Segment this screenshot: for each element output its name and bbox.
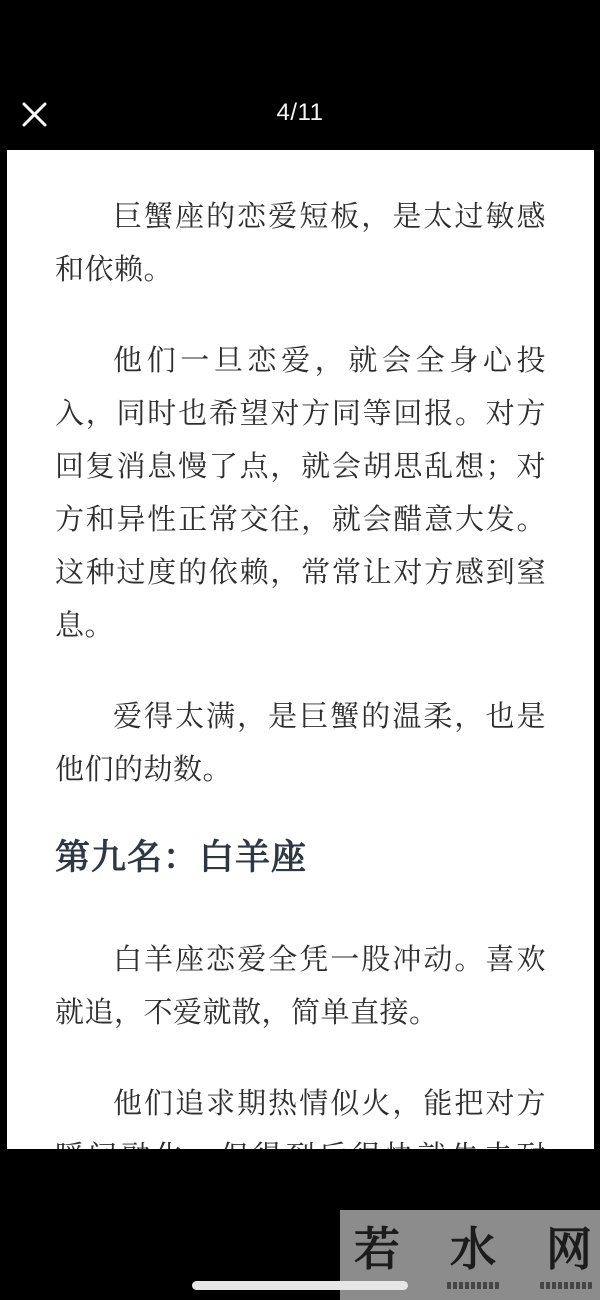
watermark-char: 若 [354, 1224, 400, 1274]
page-indicator: 4/11 [0, 99, 600, 127]
watermark-char: 网 [546, 1224, 592, 1274]
home-indicator-handle[interactable] [192, 1281, 408, 1290]
paragraph: 爱得太满，是巨蟹的温柔，也是他们的劫数。 [55, 691, 546, 797]
paragraph: 他们追求期热情似火，能把对方瞬间融化；但得到后很快就失去耐心，开始寻找新的刺激。… [55, 1078, 546, 1149]
document-page[interactable]: 巨蟹座的恋爱短板，是太过敏感和依赖。 他们一旦恋爱，就会全身心投入，同时也希望对… [7, 150, 594, 1149]
paragraph: 白羊座恋爱全凭一股冲动。喜欢就追，不爱就散，简单直接。 [55, 934, 546, 1040]
document-content: 巨蟹座的恋爱短板，是太过敏感和依赖。 他们一旦恋爱，就会全身心投入，同时也希望对… [55, 191, 546, 1149]
paragraph: 巨蟹座的恋爱短板，是太过敏感和依赖。 [55, 191, 546, 297]
watermark-subtext [447, 1282, 499, 1289]
paragraph: 他们一旦恋爱，就会全身心投入，同时也希望对方同等回报。对方回复消息慢了点，就会胡… [55, 335, 546, 653]
watermark-text: 若 水 网 [354, 1224, 592, 1274]
section-heading: 第九名：白羊座 [55, 835, 546, 881]
watermark-char: 水 [450, 1224, 496, 1274]
watermark-subtext [540, 1282, 592, 1289]
viewer-header: 4/11 [0, 80, 600, 146]
bottom-bar: 若 水 网 [0, 1149, 600, 1300]
screen: 4/11 巨蟹座的恋爱短板，是太过敏感和依赖。 他们一旦恋爱，就会全身心投入，同… [0, 0, 600, 1300]
